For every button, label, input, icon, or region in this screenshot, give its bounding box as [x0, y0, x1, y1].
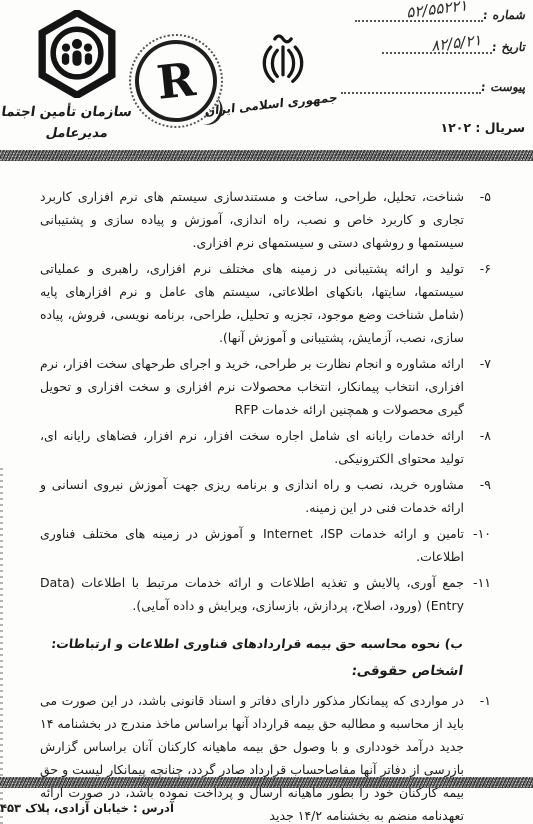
perforated-edge [0, 468, 3, 824]
list-item-5: ۵- شناخت، تحلیل، طراحی، ساخت و مستندسازی… [40, 185, 491, 254]
sso-logo-icon [33, 83, 121, 102]
item-number: ۹- [480, 473, 491, 496]
item-number: ۱۰- [473, 522, 491, 545]
item-number: ۸- [480, 424, 491, 447]
list-item-8: ۸- ارائه خدمات رایانه ای شامل اجاره سخت … [40, 424, 491, 470]
org-role: مدیرعامل [21, 126, 134, 141]
item-number: ۵- [480, 185, 491, 208]
number-label: شماره : [483, 8, 526, 22]
item-text: تامین و ارائه خدمات Internet ،ISP و آموز… [40, 526, 464, 564]
iran-emblem-block: جمهوری اسلامی ایران [228, 34, 338, 110]
letterhead: شماره : ۵۲/۵۵۲۲۱ تاریخ : ۸۲/۵/۲۱ پیوست :… [0, 0, 533, 150]
footer-divider [0, 777, 533, 788]
serial-field: سریال : ۱۲۰۲ [325, 120, 525, 135]
item-text: ارائه مشاوره و انجام نظارت بر طراحی، خری… [40, 356, 464, 417]
header-divider [0, 150, 533, 161]
list-item-6: ۶- تولید و ارائه پشتیبانی در زمینه های م… [40, 257, 491, 349]
serial-value: ۱۲۰۲ [440, 120, 471, 135]
item-number: ۱۱- [473, 571, 491, 594]
document-body: ۵- شناخت، تحلیل، طراحی، ساخت و مستندسازی… [0, 161, 533, 824]
item-text: ارائه خدمات رایانه ای شامل اجاره سخت افز… [40, 428, 464, 466]
date-label: تاریخ : [491, 40, 525, 54]
item-number: ۷- [480, 352, 491, 375]
list-item-10: ۱۰- تامین و ارائه خدمات Internet ،ISP و … [40, 522, 491, 568]
section-heading-b: ب) نحوه محاسبه حق بیمه قراردادهای فناوری… [39, 632, 464, 655]
sub-heading-legal-persons: اشخاص حقوقی: [38, 660, 464, 683]
item-text: تولید و ارائه پشتیبانی در زمینه های مختل… [40, 261, 464, 345]
org-name: سازمان تأمین اجتماعی [21, 104, 133, 120]
item-text: مشاوره خرید، نصب و راه اندازی و برنامه ر… [40, 477, 464, 515]
list-item-9: ۹- مشاوره خرید، نصب و راه اندازی و برنام… [40, 473, 491, 519]
list-item-11: ۱۱- جمع آوری، پالایش و تغذیه اطلاعات و ا… [40, 571, 491, 617]
item-number: ۱- [480, 689, 491, 712]
item-text: شناخت، تحلیل، طراحی، ساخت و مستندسازی سی… [40, 189, 464, 250]
list-item-7: ۷- ارائه مشاوره و انجام نظارت بر طراحی، … [40, 352, 491, 421]
number-field: شماره : ۵۲/۵۵۲۲۱ [325, 6, 525, 22]
item-text: جمع آوری، پالایش و تغذیه اطلاعات و ارائه… [40, 575, 464, 613]
serial-label: سریال : [475, 120, 525, 135]
scanned-letter-page: شماره : ۵۲/۵۵۲۲۱ تاریخ : ۸۲/۵/۲۱ پیوست :… [0, 0, 533, 824]
letterhead-fields: شماره : ۵۲/۵۵۲۲۱ تاریخ : ۸۲/۵/۲۱ پیوست :… [325, 6, 525, 135]
item-number: ۶- [480, 257, 491, 280]
address-line: آدرس : خیابان آزادی، پلاک ۴۵۳ [0, 801, 174, 815]
attachment-field: پیوست : [325, 78, 525, 94]
sso-logo-block: سازمان تأمین اجتماعی مدیرعامل [22, 10, 132, 141]
footer: آدرس : خیابان آزادی، پلاک ۴۵۳ [0, 797, 463, 816]
attachment-dotted-line [341, 78, 481, 94]
attachment-label: پیوست : [480, 80, 525, 94]
stamp-letter: R [154, 52, 198, 110]
date-field: تاریخ : ۸۲/۵/۲۱ [325, 38, 525, 54]
